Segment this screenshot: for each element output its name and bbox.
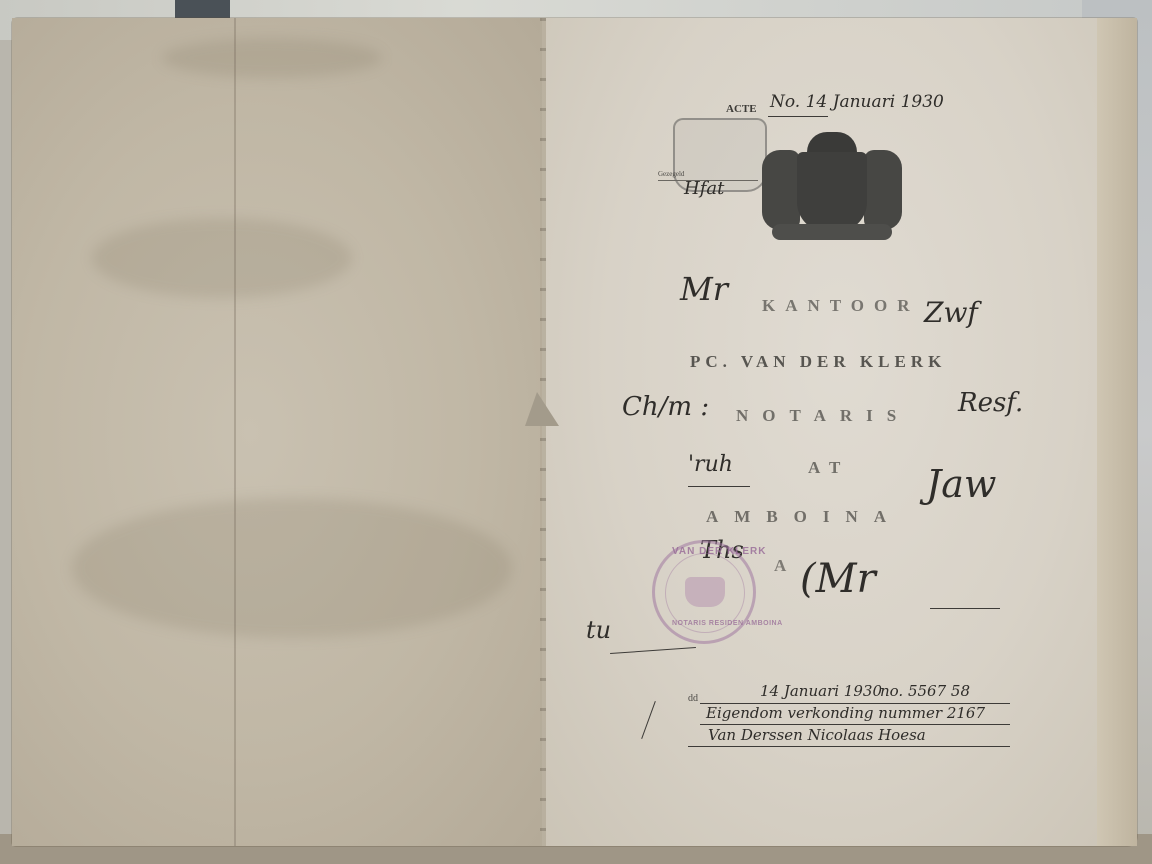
handwritten-mark: 'ruh xyxy=(688,452,733,477)
small-stamp-label: Gezegeld xyxy=(658,170,684,178)
stain xyxy=(162,38,382,78)
footer-rule xyxy=(688,746,1010,747)
footer-prefix: dd xyxy=(688,693,698,704)
footer-name-line: Van Derssen Nicolaas Hoesa xyxy=(708,726,926,744)
handwritten-mark: Resf. xyxy=(958,388,1023,418)
fold-line xyxy=(234,18,236,846)
footer-date: 14 Januari 1930 xyxy=(760,682,882,700)
seal-bottom-text: NOTARIS RESIDEN AMBOINA xyxy=(672,620,783,627)
stamp-fragment: A xyxy=(774,556,796,576)
page-edge xyxy=(1097,18,1137,846)
acte-label: ACTE xyxy=(726,103,757,115)
footer-property-line: Eigendom verkonding nummer 2167 xyxy=(706,704,985,722)
large-coat-of-arms-icon xyxy=(762,132,902,242)
office-label: KANTOOR xyxy=(762,296,920,316)
notary-name: PC. VAN DER KLERK xyxy=(690,352,946,372)
seal-top-text: VAN DER KLERK xyxy=(672,546,766,557)
at-label: AT xyxy=(808,458,850,478)
underline xyxy=(768,116,828,117)
stain xyxy=(72,498,512,638)
acte-date-handwritten: No. 14 Januari 1930 xyxy=(770,92,944,112)
notary-title: NOTARIS xyxy=(736,406,910,426)
handwritten-mark: Jaw xyxy=(926,462,996,506)
stamp-signature: Hfat xyxy=(684,178,724,199)
flourish-line xyxy=(930,608,1000,609)
underline xyxy=(688,486,750,487)
handwritten-mark: Zwf xyxy=(924,296,978,329)
left-page-blank xyxy=(12,18,542,846)
stain xyxy=(92,218,352,298)
footer-number: no. 5567 58 xyxy=(880,682,970,700)
footer-rule xyxy=(700,724,1010,725)
handwritten-mark: Ch/m : xyxy=(622,392,709,422)
metal-bracket xyxy=(175,0,230,18)
handwritten-mark: (Mr xyxy=(800,556,876,602)
handwritten-mark: Mr xyxy=(680,270,728,308)
handwritten-mark: tu xyxy=(586,616,611,644)
paper-tear xyxy=(525,392,559,426)
city-label: AMBOINA xyxy=(706,507,902,527)
stitched-spine xyxy=(540,18,546,846)
